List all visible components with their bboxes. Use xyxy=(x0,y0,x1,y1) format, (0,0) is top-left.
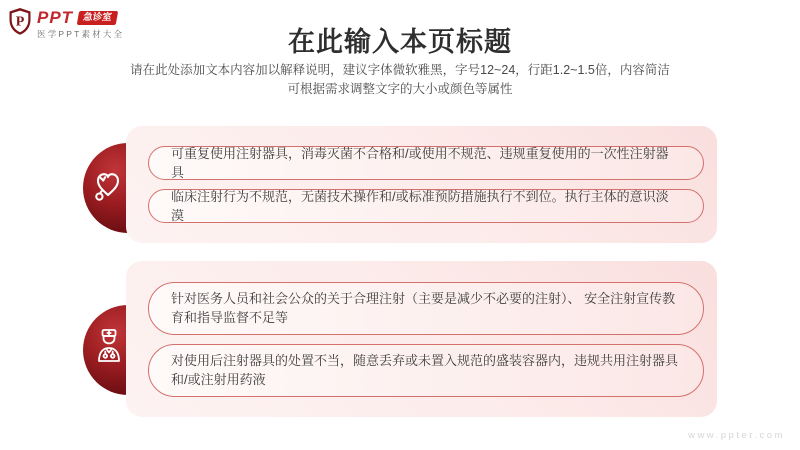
list-item-text: 临床注射行为不规范，无菌技术操作和/或标准预防措施执行不到位。执行主体的意识淡漠 xyxy=(171,187,681,226)
page-subtitle: 请在此处添加文本内容加以解释说明，建议字体微软雅黑，字号12~24，行距1.2~… xyxy=(0,61,800,99)
section-1-panel: 可重复使用注射器具，消毒灭菌不合格和/或使用不规范、违规重复使用的一次性注射器具… xyxy=(126,126,717,243)
list-item: 可重复使用注射器具，消毒灭菌不合格和/或使用不规范、违规重复使用的一次性注射器具 xyxy=(148,146,704,180)
list-item: 临床注射行为不规范，无菌技术操作和/或标准预防措施执行不到位。执行主体的意识淡漠 xyxy=(148,189,704,223)
page-title: 在此输入本页标题 xyxy=(0,20,800,59)
watermark: www.ppter.com xyxy=(688,430,785,441)
section-2-panel: 针对医务人员和社会公众的关于合理注射（主要是减少不必要的注射）、 安全注射宣传教… xyxy=(126,261,717,417)
stethoscope-heart-icon xyxy=(90,166,126,204)
doctor-icon xyxy=(93,327,125,365)
list-item: 对使用后注射器具的处置不当，随意丢弃或未置入规范的盛装容器内，违规共用注射器具和… xyxy=(148,344,704,397)
subtitle-line-1: 请在此处添加文本内容加以解释说明，建议字体微软雅黑，字号12~24，行距1.2~… xyxy=(130,63,670,77)
subtitle-line-2: 可根据需求调整文字的大小或颜色等属性 xyxy=(287,82,512,96)
list-item: 针对医务人员和社会公众的关于合理注射（主要是减少不必要的注射）、 安全注射宣传教… xyxy=(148,282,704,335)
list-item-text: 对使用后注射器具的处置不当，随意丢弃或未置入规范的盛装容器内，违规共用注射器具和… xyxy=(171,351,681,390)
slide: P PPT 急诊室 医学PPT素材大全 在此输入本页标题 请在此处添加文本内容加… xyxy=(0,0,800,450)
list-item-text: 针对医务人员和社会公众的关于合理注射（主要是减少不必要的注射）、 安全注射宣传教… xyxy=(171,289,681,328)
list-item-text: 可重复使用注射器具，消毒灭菌不合格和/或使用不规范、违规重复使用的一次性注射器具 xyxy=(171,144,681,183)
